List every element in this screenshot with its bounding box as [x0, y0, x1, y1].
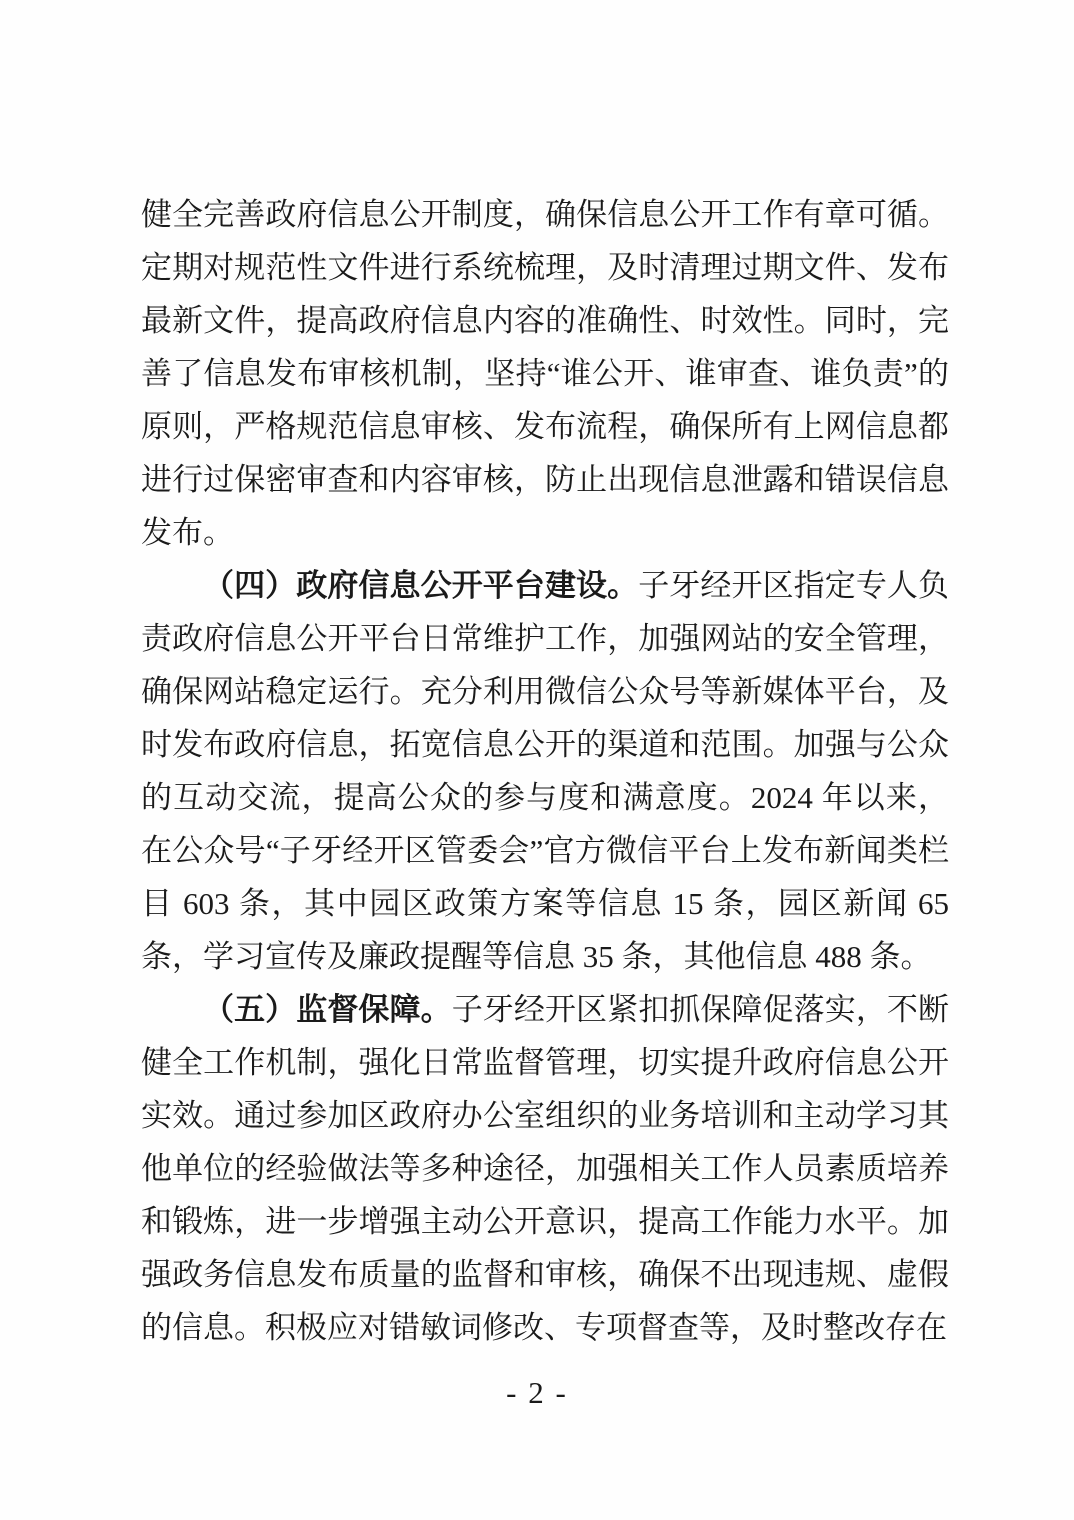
- page-number: - 2 -: [506, 1375, 568, 1410]
- paragraph-text: 子牙经开区指定专人负责政府信息公开平台日常维护工作，加强网站的安全管理，确保网站…: [141, 568, 949, 974]
- document-body: 健全完善政府信息公开制度，确保信息公开工作有章可循。定期对规范性文件进行系统梳理…: [141, 188, 949, 1354]
- section-heading-supervision-guarantee: （五）监督保障。: [203, 992, 452, 1027]
- paragraph-text: 健全完善政府信息公开制度，确保信息公开工作有章可循。定期对规范性文件进行系统梳理…: [141, 197, 949, 550]
- paragraph-section-4: （四）政府信息公开平台建设。子牙经开区指定专人负责政府信息公开平台日常维护工作，…: [141, 559, 949, 983]
- paragraph-section-5: （五）监督保障。子牙经开区紧扣抓保障促落实，不断健全工作机制，强化日常监督管理，…: [141, 983, 949, 1354]
- page-footer: - 2 -: [0, 1372, 1074, 1414]
- section-heading-platform-construction: （四）政府信息公开平台建设。: [203, 568, 638, 603]
- paragraph-continuation: 健全完善政府信息公开制度，确保信息公开工作有章可循。定期对规范性文件进行系统梳理…: [141, 188, 949, 559]
- paragraph-text: 子牙经开区紧扣抓保障促落实，不断健全工作机制，强化日常监督管理，切实提升政府信息…: [141, 992, 949, 1345]
- document-page: 健全完善政府信息公开制度，确保信息公开工作有章可循。定期对规范性文件进行系统梳理…: [0, 0, 1074, 1520]
